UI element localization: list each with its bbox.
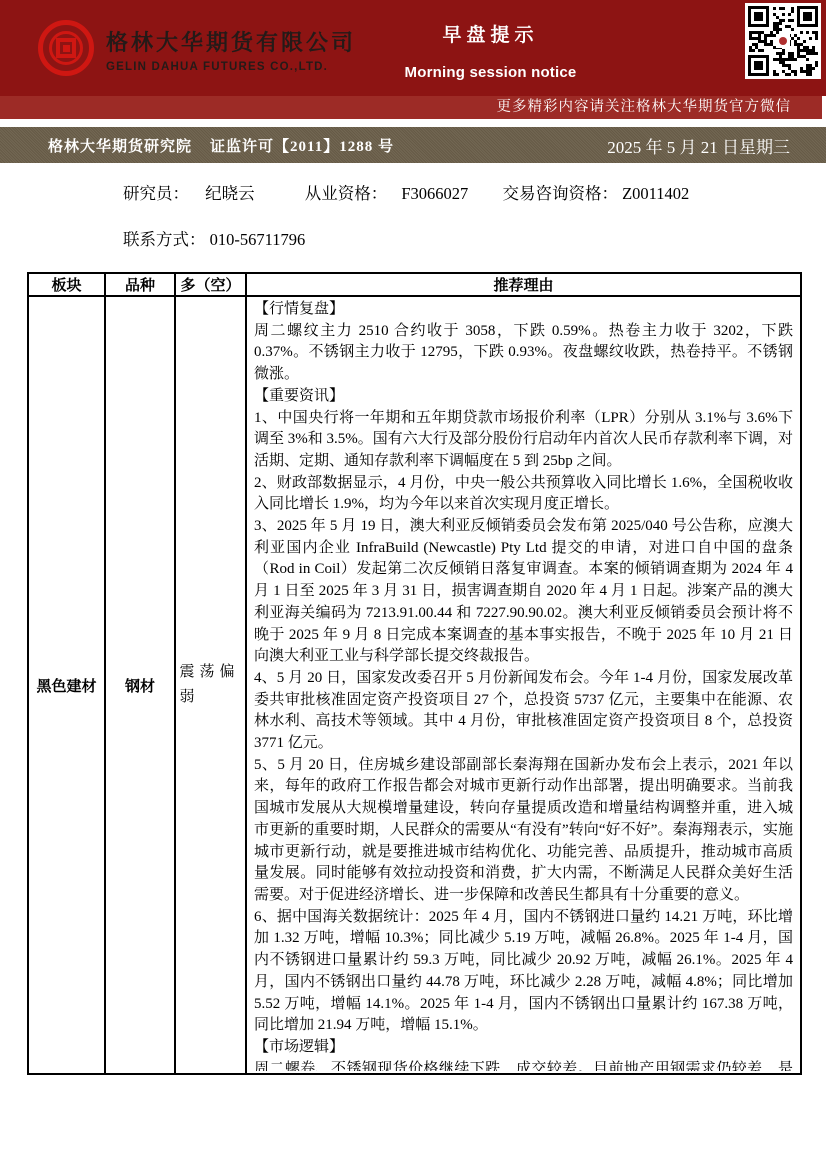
reason-paragraph: 周二螺卷、不锈钢现货价格继续下跌，成交较差。目前地产用钢需求仍较差，是钢材总体需… <box>254 1059 793 1071</box>
qualification-label: 从业资格： <box>305 184 388 203</box>
column-header-sector: 板块 <box>28 273 105 296</box>
info-bar-left: 格林大华期货研究院 证监许可【2011】1288 号 <box>48 127 394 163</box>
sector-cell: 黑色建材 <box>28 296 105 1074</box>
researcher-name: 纪晓云 <box>205 184 255 203</box>
advisory-number: Z0011402 <box>622 184 689 203</box>
report-title-block: 早盘提示 Morning session notice <box>398 20 583 81</box>
qr-center-logo-icon <box>776 34 790 48</box>
table-row: 黑色建材 钢材 震荡偏弱 【行情复盘】 周二螺纹主力 2510 合约收于 305… <box>28 296 801 1074</box>
qr-finder-icon <box>748 55 769 76</box>
company-name-block: 格林大华期货有限公司 GELIN DAHUA FUTURES CO.,LTD. <box>106 26 356 73</box>
sector-value: 黑色建材 <box>36 678 96 695</box>
table-header-row: 板块 品种 多（空） 推荐理由 <box>28 273 801 296</box>
column-header-reason: 推荐理由 <box>246 273 801 296</box>
column-header-variety: 品种 <box>105 273 175 296</box>
reason-paragraph: 6、据中国海关数据统计：2025 年 4 月，国内不锈钢进口量约 14.21 万… <box>254 907 793 1037</box>
info-bar: 格林大华期货研究院 证监许可【2011】1288 号 2025 年 5 月 21… <box>0 127 826 163</box>
qr-code <box>745 3 821 79</box>
contact-number: 010-56711796 <box>210 230 306 249</box>
reason-paragraph: 2、财政部数据显示，4 月份，中央一般公共预算收入同比增长 1.6%，全国税收收… <box>254 473 793 516</box>
reason-paragraph: 1、中国央行将一年期和五年期贷款市场报价利率（LPR）分别从 3.1%与 3.6… <box>254 408 793 473</box>
qr-finder-icon <box>797 6 818 27</box>
reason-cell: 【行情复盘】 周二螺纹主力 2510 合约收于 3058，下跌 0.59%。热卷… <box>246 296 801 1074</box>
recommendation-table: 板块 品种 多（空） 推荐理由 黑色建材 钢材 震荡偏弱 【行情复盘】 周二螺纹… <box>27 272 802 1075</box>
reason-paragraph: 3、2025 年 5 月 19 日，澳大利亚反倾销委员会发布第 2025/040… <box>254 516 793 668</box>
reason-text: 【行情复盘】 周二螺纹主力 2510 合约收于 3058，下跌 0.59%。热卷… <box>247 297 800 1071</box>
qualification-number: F3066027 <box>401 184 468 203</box>
report-title-cn: 早盘提示 <box>398 20 583 47</box>
position-cell: 震荡偏弱 <box>175 296 246 1074</box>
section-heading: 【重要资讯】 <box>254 386 793 408</box>
position-value: 震荡偏弱 <box>180 660 242 710</box>
research-institute: 格林大华期货研究院 <box>48 135 192 156</box>
column-header-position: 多（空） <box>175 273 246 296</box>
report-date: 2025 年 5 月 21 日星期三 <box>607 127 790 163</box>
contact-label: 联系方式： <box>123 230 206 249</box>
section-heading: 【行情复盘】 <box>254 299 793 321</box>
wechat-follow-note: 更多精彩内容请关注格林大华期货官方微信 <box>497 96 792 119</box>
license-number: 证监许可【2011】1288 号 <box>210 135 394 156</box>
researcher-label: 研究员： <box>123 184 189 203</box>
masthead: 格林大华期货有限公司 GELIN DAHUA FUTURES CO.,LTD. … <box>0 0 826 96</box>
researcher-line-2: 联系方式： 010-56711796 <box>123 226 689 248</box>
reason-paragraph: 周二螺纹主力 2510 合约收于 3058，下跌 0.59%。热卷主力收于 32… <box>254 321 793 386</box>
qr-finder-icon <box>748 6 769 27</box>
researcher-line-1: 研究员： 纪晓云 从业资格： F3066027 交易咨询资格： Z0011402 <box>123 180 689 202</box>
variety-value: 钢材 <box>125 678 155 695</box>
advisory-label: 交易咨询资格： <box>502 184 618 203</box>
company-name-cn: 格林大华期货有限公司 <box>106 26 356 57</box>
reason-paragraph: 5、5 月 20 日，住房城乡建设部副部长秦海翔在国新办发布会上表示，2021 … <box>254 755 793 907</box>
reason-paragraph: 4、5 月 20 日，国家发改委召开 5 月份新闻发布会。今年 1-4 月份，国… <box>254 668 793 755</box>
company-logo-icon <box>38 20 94 76</box>
section-heading: 【市场逻辑】 <box>254 1037 793 1059</box>
researcher-block: 研究员： 纪晓云 从业资格： F3066027 交易咨询资格： Z0011402… <box>123 180 689 248</box>
masthead-strip: 更多精彩内容请关注格林大华期货官方微信 <box>0 96 822 119</box>
report-title-en: Morning session notice <box>398 64 583 81</box>
variety-cell: 钢材 <box>105 296 175 1074</box>
company-name-en: GELIN DAHUA FUTURES CO.,LTD. <box>106 61 356 73</box>
